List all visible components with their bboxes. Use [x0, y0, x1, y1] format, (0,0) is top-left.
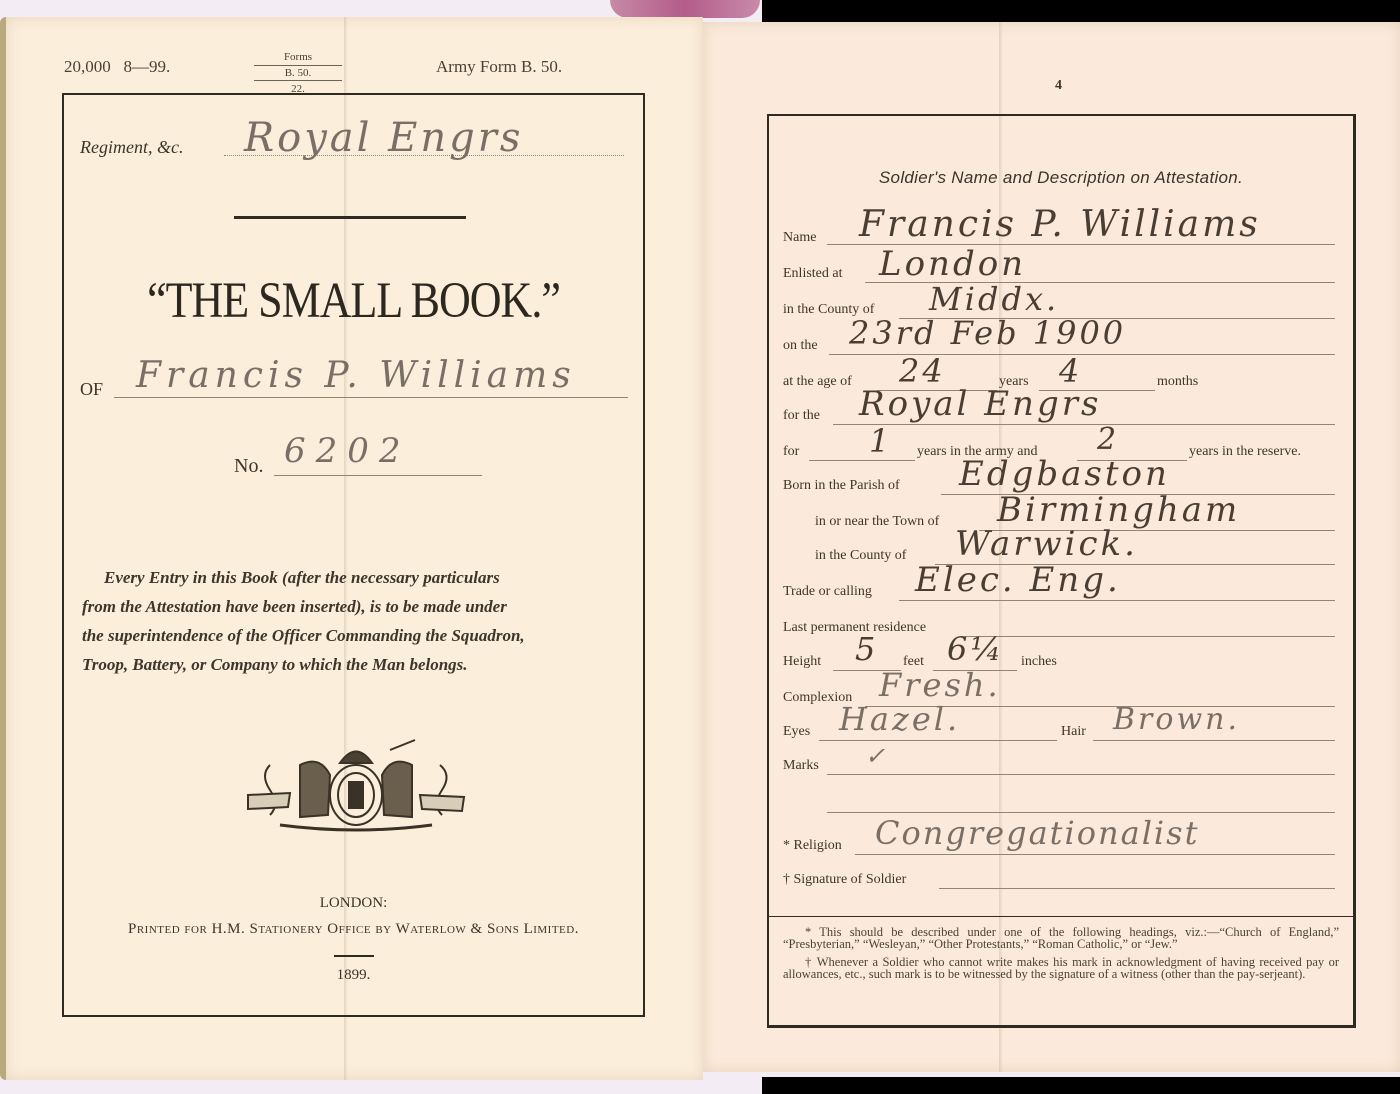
of-label: OF — [80, 379, 103, 400]
eyes-label: Eyes — [783, 724, 810, 740]
attestation-title: Soldier's Name and Description on Attest… — [769, 168, 1353, 188]
birth-parish-value: Edgbaston — [959, 454, 1170, 494]
name-label: Name — [783, 230, 816, 246]
enlisted-at-label: Enlisted at — [783, 266, 843, 282]
eyes-value: Hazel. — [839, 700, 960, 738]
royal-coat-of-arms-icon — [240, 735, 472, 835]
signature-label: † Signature of Soldier — [783, 872, 906, 888]
imprint-city: LONDON: — [64, 895, 643, 912]
print-run: 20,000 8—99. — [64, 57, 170, 77]
marks-label: Marks — [783, 758, 819, 774]
last-residence-line — [965, 636, 1335, 637]
ribbon-bookmark — [610, 0, 760, 18]
birth-town-label: in or near the Town of — [815, 514, 939, 530]
age-months-label: months — [1157, 374, 1198, 390]
service-reserve-label: years in the reserve. — [1189, 444, 1301, 460]
complexion-value: Fresh. — [879, 666, 1001, 704]
trade-value: Elec. Eng. — [915, 560, 1121, 600]
regiment-value: Royal Engrs — [244, 115, 523, 161]
height-label: Height — [783, 654, 821, 670]
enlist-date-value: 23rd Feb 1900 — [849, 314, 1126, 352]
cover-page: 20,000 8—99. Forms B. 50. 22. Army Form … — [0, 17, 703, 1080]
imprint-rule — [334, 955, 374, 957]
trade-line — [899, 600, 1335, 601]
hair-label: Hair — [1061, 724, 1086, 740]
corps-label: for the — [783, 408, 820, 424]
forms-reference: Forms B. 50. 22. — [254, 51, 342, 95]
hair-value: Brown. — [1113, 702, 1240, 737]
service-reserve-value: 2 — [1097, 422, 1119, 457]
birth-county-value: Warwick. — [955, 524, 1138, 564]
imprint-year: 1899. — [64, 967, 643, 984]
footnote-signature: † Whenever a Soldier who cannot write ma… — [783, 956, 1339, 980]
hair-line — [1093, 740, 1335, 741]
signature-line — [939, 888, 1335, 889]
instructions-notice: Every Entry in this Book (after the nece… — [76, 563, 631, 679]
number-label: No. — [234, 455, 263, 478]
enlisted-at-value: London — [879, 244, 1026, 284]
height-inches-label: inches — [1021, 654, 1057, 670]
corps-line — [833, 424, 1335, 425]
owner-name-value: Francis P. Williams — [136, 355, 576, 396]
religion-label: * Religion — [783, 838, 842, 854]
birth-parish-label: Born in the Parish of — [783, 478, 900, 494]
scan-background-bottom-right — [762, 1077, 1400, 1094]
footnote-religion: * This should be described under one of … — [783, 926, 1339, 950]
marks-line — [827, 774, 1335, 775]
enlist-date-label: on the — [783, 338, 818, 354]
of-line — [114, 397, 628, 398]
footnote-divider — [769, 916, 1353, 917]
book-title: “THE SMALL BOOK.” — [64, 271, 643, 330]
birth-county-label: in the County of — [815, 548, 906, 564]
cover-frame: Regiment, &c. Royal Engrs “THE SMALL BOO… — [62, 93, 645, 1017]
marks-line-2 — [827, 812, 1335, 813]
service-army-line — [809, 460, 915, 461]
age-label: at the age of — [783, 374, 852, 390]
scan-background-top-right — [762, 0, 1400, 22]
page-number: 4 — [1055, 78, 1062, 94]
service-label: for — [783, 444, 799, 460]
religion-value: Congregationalist — [875, 814, 1199, 852]
attestation-page: 4 Soldier's Name and Description on Atte… — [703, 22, 1400, 1072]
name-value: Francis P. Williams — [859, 204, 1261, 245]
regiment-label: Regiment, &c. — [80, 137, 183, 158]
enlist-county-value: Middx. — [929, 280, 1059, 318]
number-line — [274, 475, 482, 476]
attestation-frame: Soldier's Name and Description on Attest… — [767, 114, 1356, 1028]
height-inches-value: 6¼ — [947, 630, 1004, 668]
marks-value: ✓ — [865, 742, 888, 770]
service-number-value: 6202 — [284, 431, 411, 471]
trade-label: Trade or calling — [783, 584, 872, 600]
divider-rule — [234, 216, 466, 219]
height-feet-value: 5 — [855, 630, 878, 668]
imprint-printer: Printed for H.M. Stationery Office by Wa… — [64, 921, 643, 938]
religion-line — [855, 854, 1335, 855]
eyes-line — [819, 740, 1057, 741]
army-form-number: Army Form B. 50. — [436, 57, 562, 77]
footnotes: * This should be described under one of … — [783, 926, 1339, 986]
service-army-value: 1 — [869, 422, 892, 460]
corps-value: Royal Engrs — [859, 384, 1101, 424]
